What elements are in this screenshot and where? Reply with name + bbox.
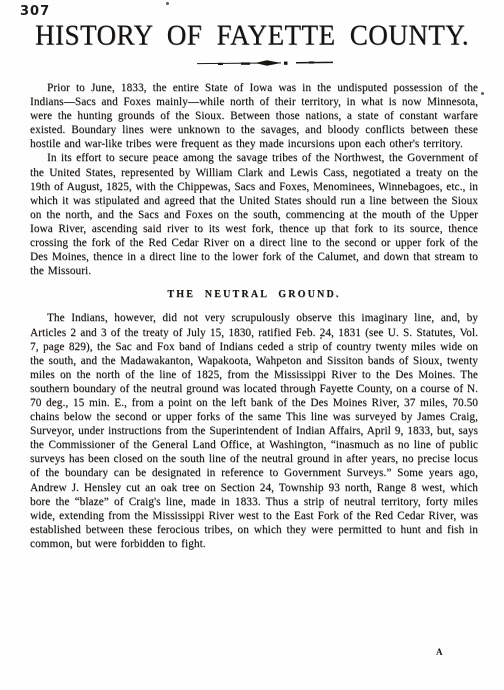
page-body: Prior to June, 1833, the entire State of… [30, 81, 478, 551]
paragraph-intro-1: Prior to June, 1833, the entire State of… [30, 81, 478, 151]
page-number: 307 [20, 4, 50, 19]
paragraph-neutral-ground: The Indians, however, did not very scrup… [30, 311, 478, 551]
page-title: HISTORY OF FAYETTE COUNTY. [0, 19, 504, 52]
paragraph-intro-2: In its effort to secure peace among the … [30, 151, 478, 278]
divider-ornament [0, 58, 504, 68]
scan-speck [166, 2, 169, 5]
scan-speck [481, 92, 484, 95]
divider-rule-icon [197, 58, 333, 68]
scan-speck [444, 127, 446, 129]
signature-mark: A [436, 647, 443, 657]
book-page: 307 HISTORY OF FAYETTE COUNTY. Prior to … [0, 0, 504, 690]
section-heading: THE NEUTRAL GROUND. [30, 288, 478, 302]
scan-speck [320, 337, 322, 339]
